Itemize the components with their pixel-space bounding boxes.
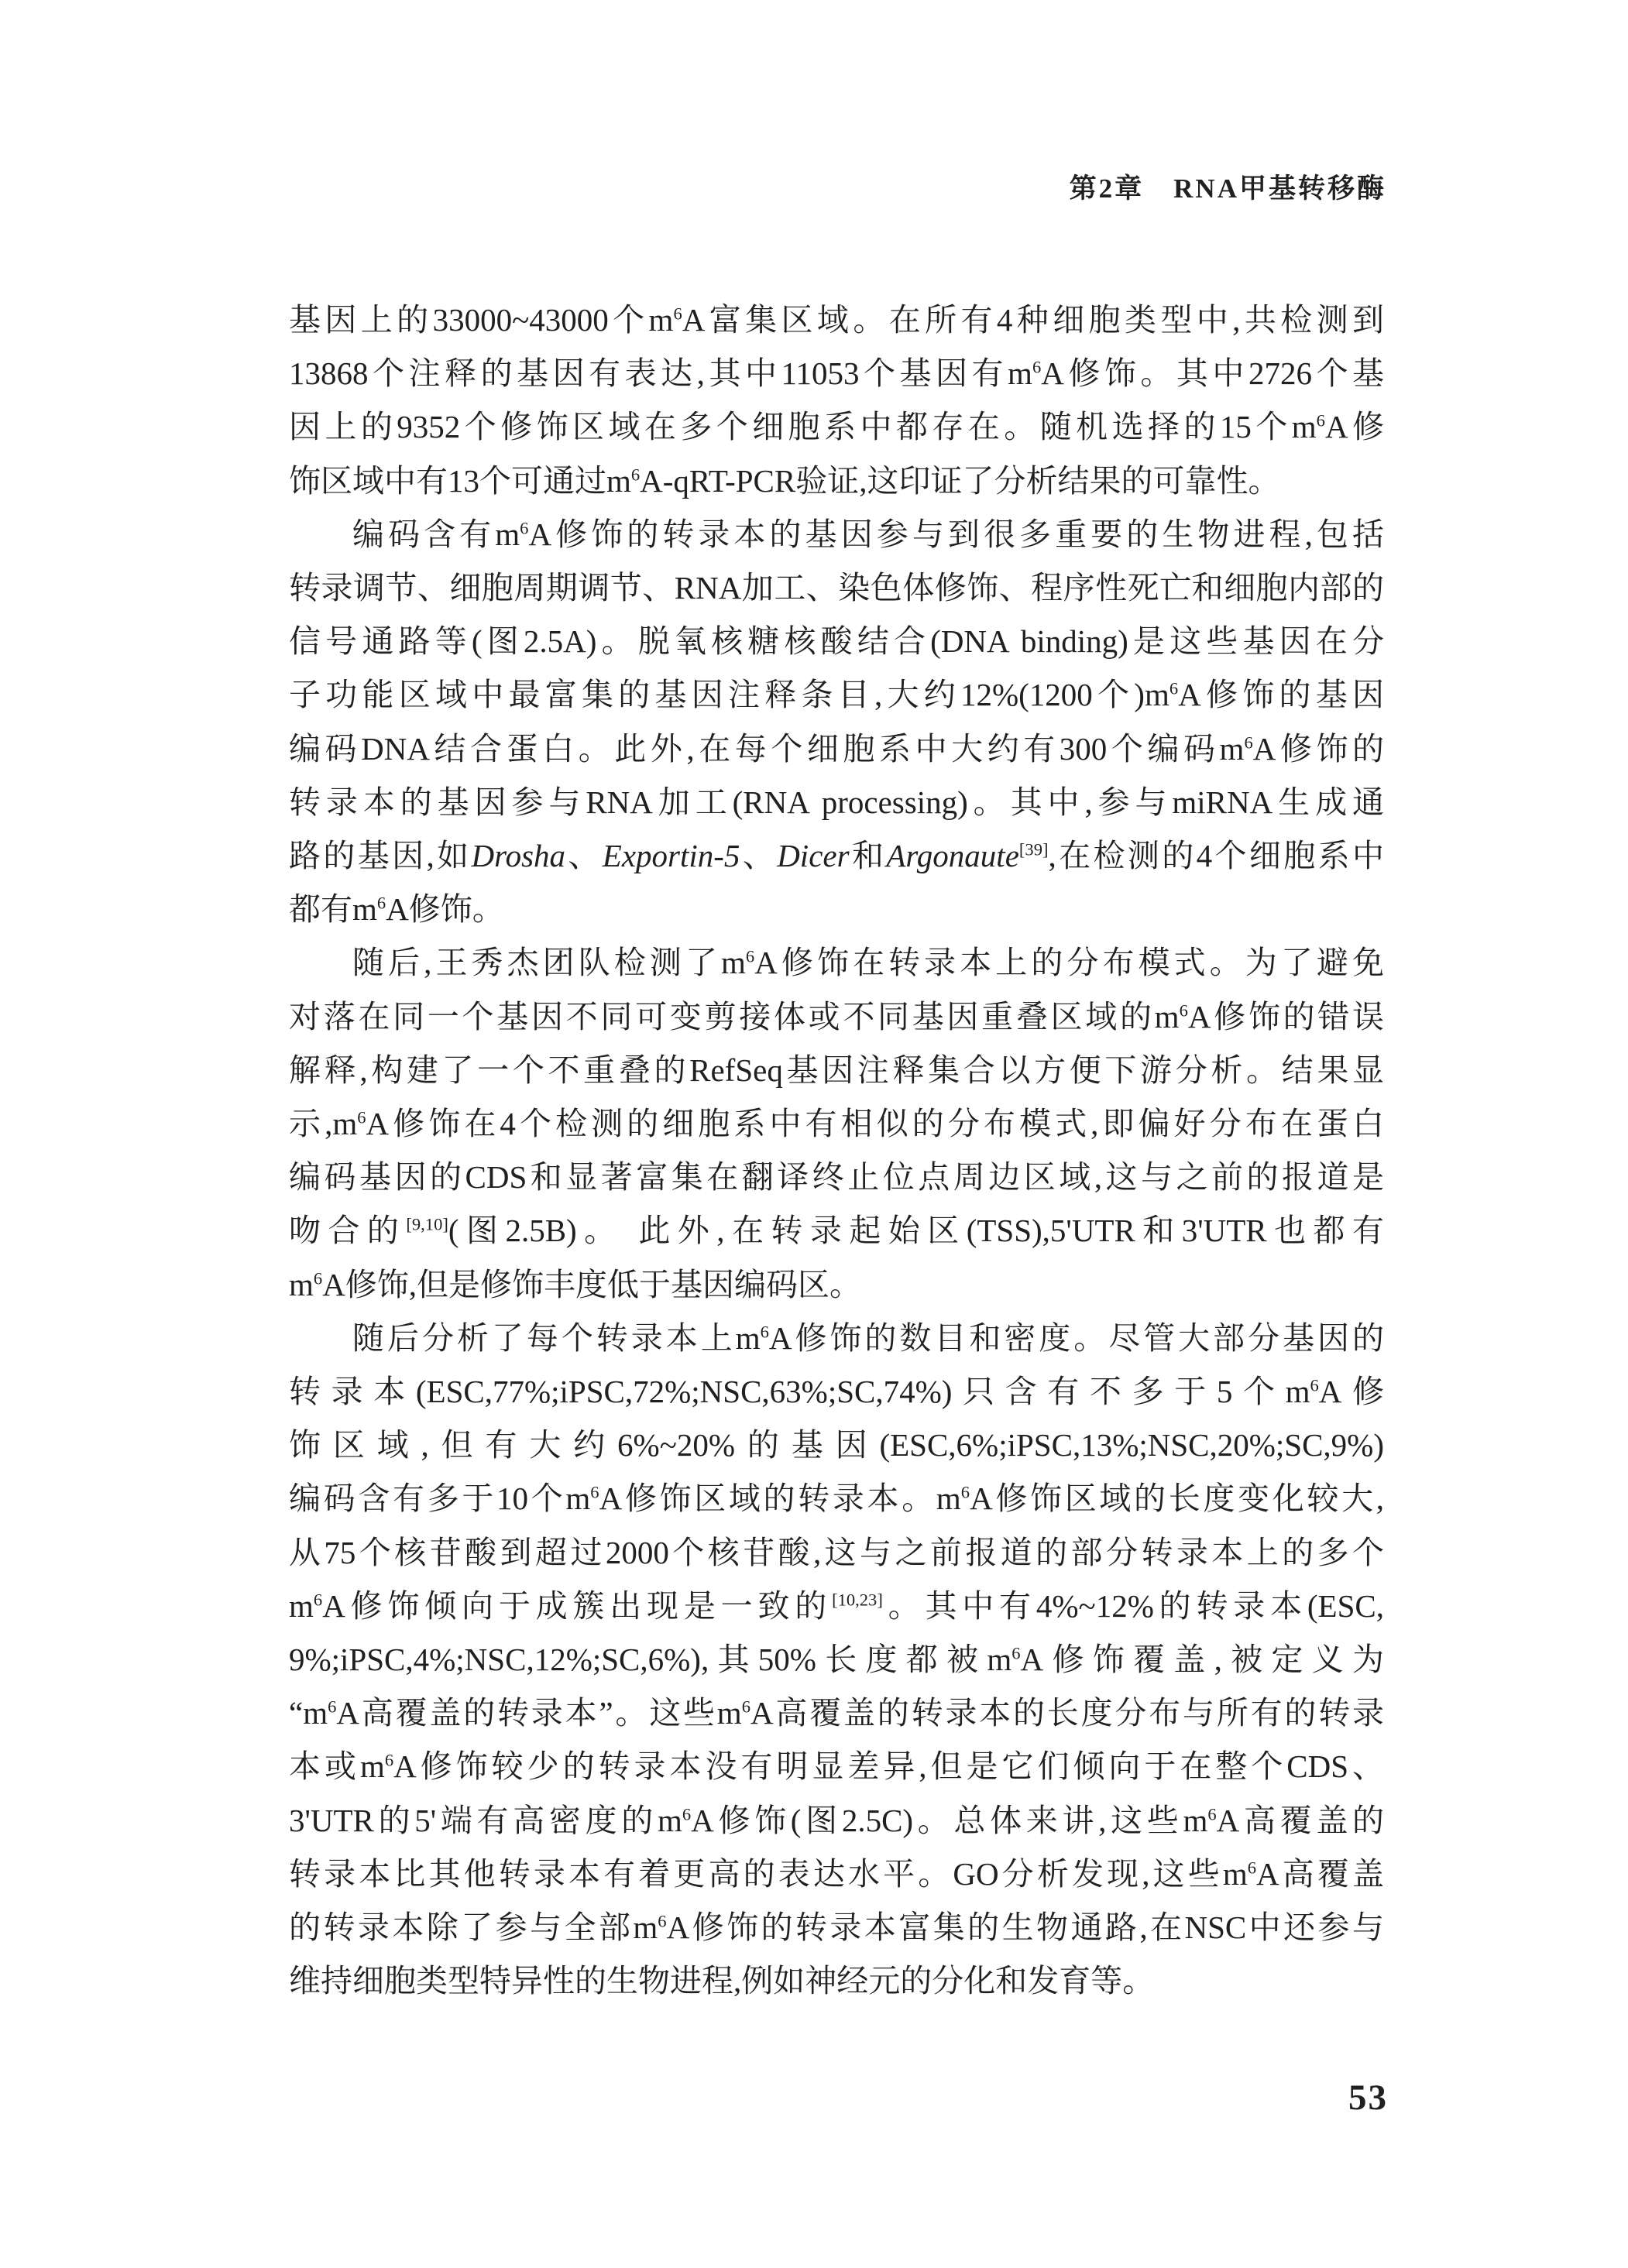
text-line: 信号通路等(图2.5A)。脱氧核糖核酸结合(DNA binding)是这些基因在… [289, 615, 1384, 668]
text-line: 的转录本除了参与全部m6A修饰的转录本富集的生物通路,在NSC中还参与 [289, 1901, 1384, 1954]
text-line: 随后分析了每个转录本上m6A修饰的数目和密度。尽管大部分基因的 [289, 1312, 1384, 1365]
text-line: 饰区域中有13个可通过m6A-qRT-PCR验证,这印证了分析结果的可靠性。 [289, 455, 1384, 508]
text-line: 9%;iPSC,4%;NSC,12%;SC,6%),其50%长度都被m6A修饰覆… [289, 1633, 1384, 1686]
text-line: 路的基因,如Drosha、Exportin-5、Dicer和Argonaute[… [289, 829, 1384, 883]
text-line: 转录本(ESC,77%;iPSC,72%;NSC,63%;SC,74%)只含有不… [289, 1365, 1384, 1419]
text-line: 对落在同一个基因不同可变剪接体或不同基因重叠区域的m6A修饰的错误 [289, 990, 1384, 1044]
text-line: 随后,王秀杰团队检测了m6A修饰在转录本上的分布模式。为了避免 [289, 936, 1384, 990]
text-line: 编码含有m6A修饰的转录本的基因参与到很多重要的生物进程,包括 [289, 508, 1384, 561]
text-line: 基因上的33000~43000个m6A富集区域。在所有4种细胞类型中,共检测到 [289, 293, 1384, 347]
text-line: 编码含有多于10个m6A修饰区域的转录本。m6A修饰区域的长度变化较大, [289, 1472, 1384, 1525]
book-page: 第2章 RNA甲基转移酶 基因上的33000~43000个m6A富集区域。在所有… [0, 0, 1628, 2268]
text-line: 解释,构建了一个不重叠的RefSeq基因注释集合以方便下游分析。结果显 [289, 1044, 1384, 1097]
text-line: 从75个核苷酸到超过2000个核苷酸,这与之前报道的部分转录本上的多个 [289, 1526, 1384, 1580]
text-line: 13868个注释的基因有表达,其中11053个基因有m6A修饰。其中2726个基 [289, 347, 1384, 400]
text-line: 吻合的[9,10](图2.5B)。 此外,在转录起始区(TSS),5'UTR和3… [289, 1204, 1384, 1258]
running-header: 第2章 RNA甲基转移酶 [1070, 167, 1386, 206]
text-line: 3'UTR的5'端有高密度的m6A修饰(图2.5C)。总体来讲,这些m6A高覆盖… [289, 1794, 1384, 1848]
body-text: 基因上的33000~43000个m6A富集区域。在所有4种细胞类型中,共检测到1… [289, 293, 1384, 2009]
text-line: 都有m6A修饰。 [289, 883, 1384, 936]
text-line: 转录调节、细胞周期调节、RNA加工、染色体修饰、程序性死亡和细胞内部的 [289, 561, 1384, 615]
page-number: 53 [1348, 2077, 1388, 2119]
text-line: m6A修饰倾向于成簇出现是一致的[10,23]。其中有4%~12%的转录本(ES… [289, 1580, 1384, 1633]
text-line: 转录本比其他转录本有着更高的表达水平。GO分析发现,这些m6A高覆盖 [289, 1848, 1384, 1901]
text-line: 编码基因的CDS和显著富集在翻译终止位点周边区域,这与之前的报道是 [289, 1151, 1384, 1204]
text-line: 示,m6A修饰在4个检测的细胞系中有相似的分布模式,即偏好分布在蛋白 [289, 1097, 1384, 1151]
text-line: 编码DNA结合蛋白。此外,在每个细胞系中大约有300个编码m6A修饰的 [289, 722, 1384, 776]
text-line: 子功能区域中最富集的基因注释条目,大约12%(1200个)m6A修饰的基因 [289, 668, 1384, 722]
text-line: 维持细胞类型特异性的生物进程,例如神经元的分化和发育等。 [289, 1954, 1384, 2008]
text-line: m6A修饰,但是修饰丰度低于基因编码区。 [289, 1258, 1384, 1312]
text-line: “m6A高覆盖的转录本”。这些m6A高覆盖的转录本的长度分布与所有的转录 [289, 1686, 1384, 1740]
text-line: 转录本的基因参与RNA加工(RNA processing)。其中,参与miRNA… [289, 776, 1384, 829]
text-line: 本或m6A修饰较少的转录本没有明显差异,但是它们倾向于在整个CDS、 [289, 1740, 1384, 1793]
text-line: 因上的9352个修饰区域在多个细胞系中都存在。随机选择的15个m6A修 [289, 400, 1384, 454]
text-line: 饰区域,但有大约6%~20%的基因(ESC,6%;iPSC,13%;NSC,20… [289, 1419, 1384, 1472]
